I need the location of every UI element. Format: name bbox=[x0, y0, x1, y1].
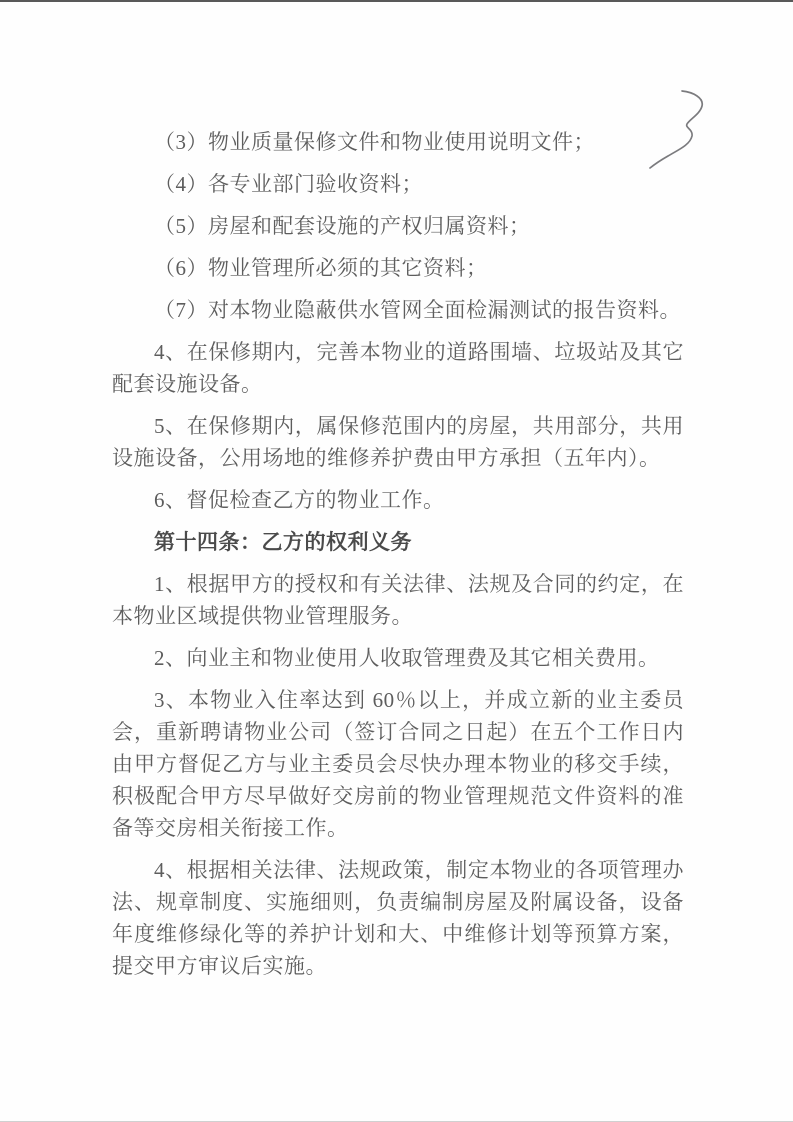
list-item-4: （4）各专业部门验收资料； bbox=[112, 168, 684, 200]
scan-edge-top bbox=[0, 0, 793, 2]
scanned-document-page: （3）物业质量保修文件和物业使用说明文件； （4）各专业部门验收资料； （5）房… bbox=[0, 0, 793, 1122]
list-item-5: （5）房屋和配套设施的产权归属资料； bbox=[112, 210, 684, 242]
clause-2: 2、向业主和物业使用人收取管理费及其它相关费用。 bbox=[112, 642, 684, 674]
clause-4: 4、根据相关法律、法规政策，制定本物业的各项管理办法、规章制度、实施细则，负责编… bbox=[112, 854, 684, 982]
paragraph-5: 5、在保修期内，属保修范围内的房屋，共用部分，共用设施设备，公用场地的维修养护费… bbox=[112, 410, 684, 474]
clause-3: 3、本物业入住率达到 60％以上，并成立新的业主委员会，重新聘请物业公司（签订合… bbox=[112, 684, 684, 844]
paragraph-4: 4、在保修期内，完善本物业的道路围墙、垃圾站及其它配套设施设备。 bbox=[112, 336, 684, 400]
list-item-6: （6）物业管理所必须的其它资料； bbox=[112, 252, 684, 284]
section-heading-article-14: 第十四条：乙方的权利义务 bbox=[112, 526, 684, 558]
paragraph-6: 6、督促检查乙方的物业工作。 bbox=[112, 484, 684, 516]
list-item-7: （7）对本物业隐蔽供水管网全面检漏测试的报告资料。 bbox=[112, 294, 684, 326]
clause-1: 1、根据甲方的授权和有关法律、法规及合同的约定，在本物业区域提供物业管理服务。 bbox=[112, 568, 684, 632]
document-body: （3）物业质量保修文件和物业使用说明文件； （4）各专业部门验收资料； （5）房… bbox=[112, 126, 684, 992]
list-item-3: （3）物业质量保修文件和物业使用说明文件； bbox=[112, 126, 684, 158]
